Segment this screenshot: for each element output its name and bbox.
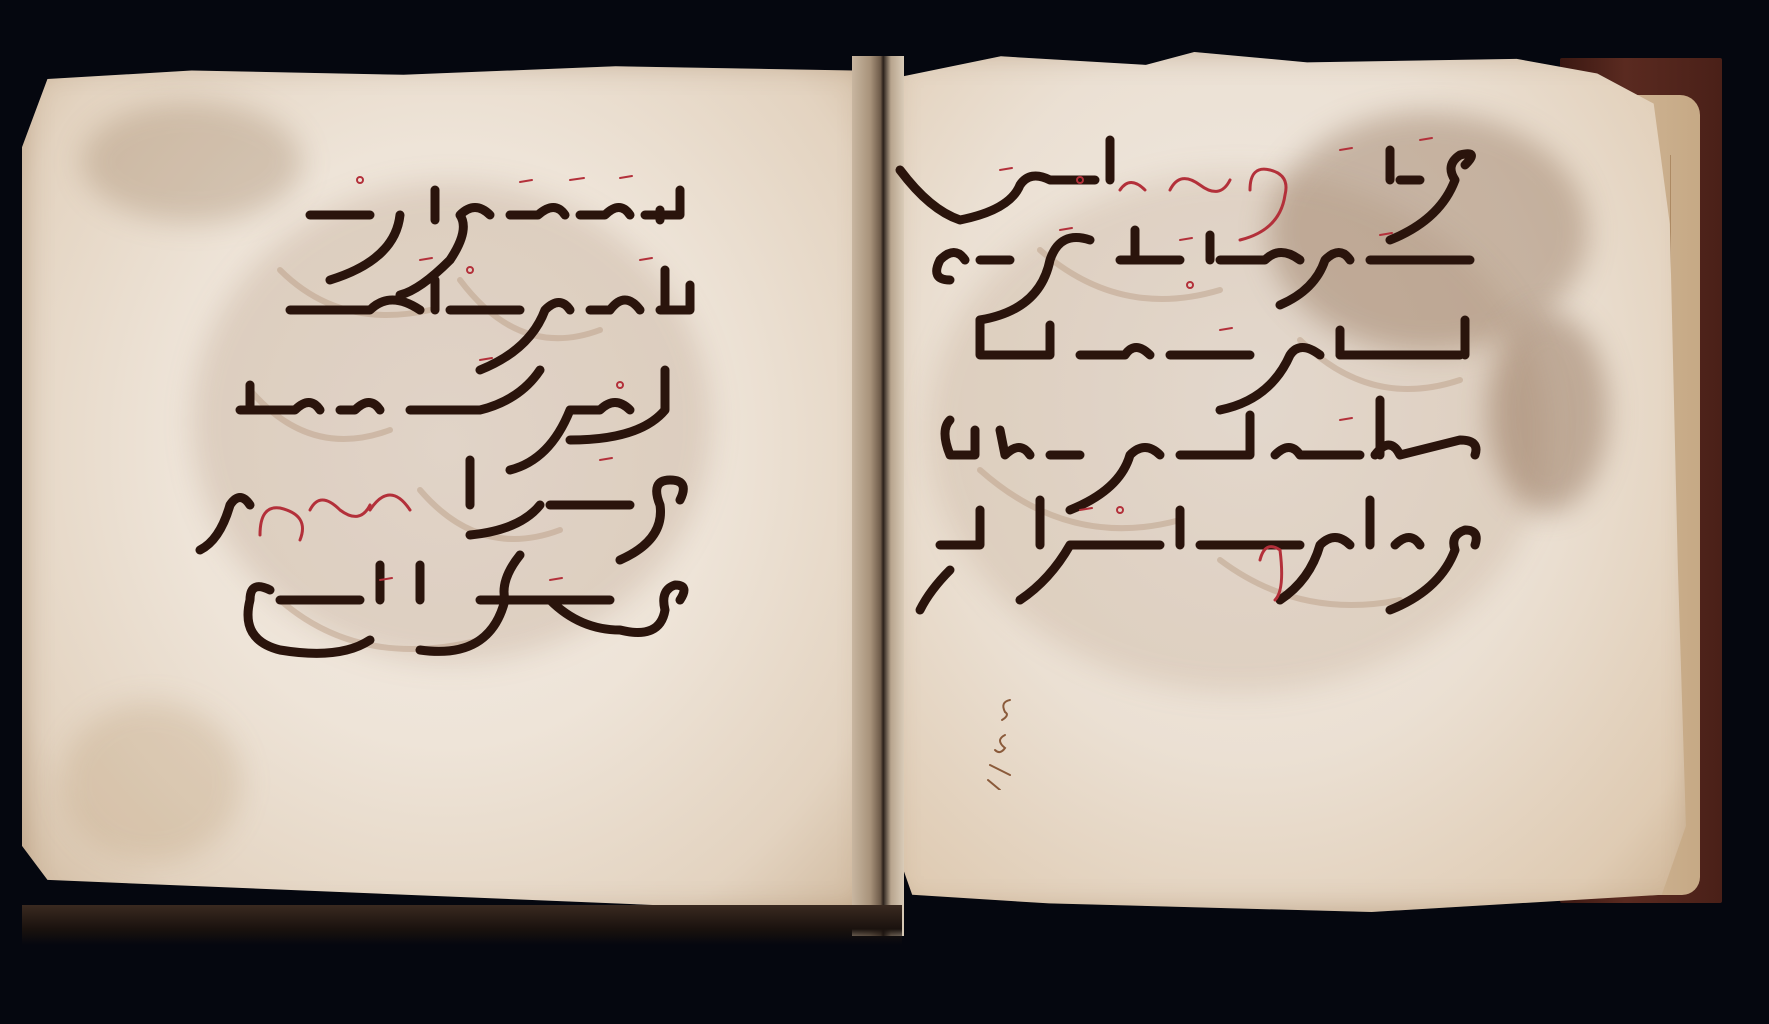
marginal-note-strokes: [980, 690, 1020, 790]
right-page-text: وثلاثين من سجدة إحدى عشرة وإحدى عشرة إحد…: [920, 130, 1540, 610]
book-underside: [22, 905, 902, 945]
left-page-text: غفرت ذنوبه وإن كان أكثر من زبد البحر أو …: [220, 160, 720, 680]
book-spine: [852, 56, 904, 936]
marginal-note: عشرة: [980, 690, 1020, 790]
manuscript-photo: غفرت ذنوبه وإن كان أكثر من زبد البحر أو …: [0, 0, 1769, 1024]
calligraphy-strokes-left: [220, 160, 720, 680]
marginal-note-text: عشرة: [1017, 690, 1020, 691]
calligraphy-strokes-right: [920, 130, 1540, 610]
